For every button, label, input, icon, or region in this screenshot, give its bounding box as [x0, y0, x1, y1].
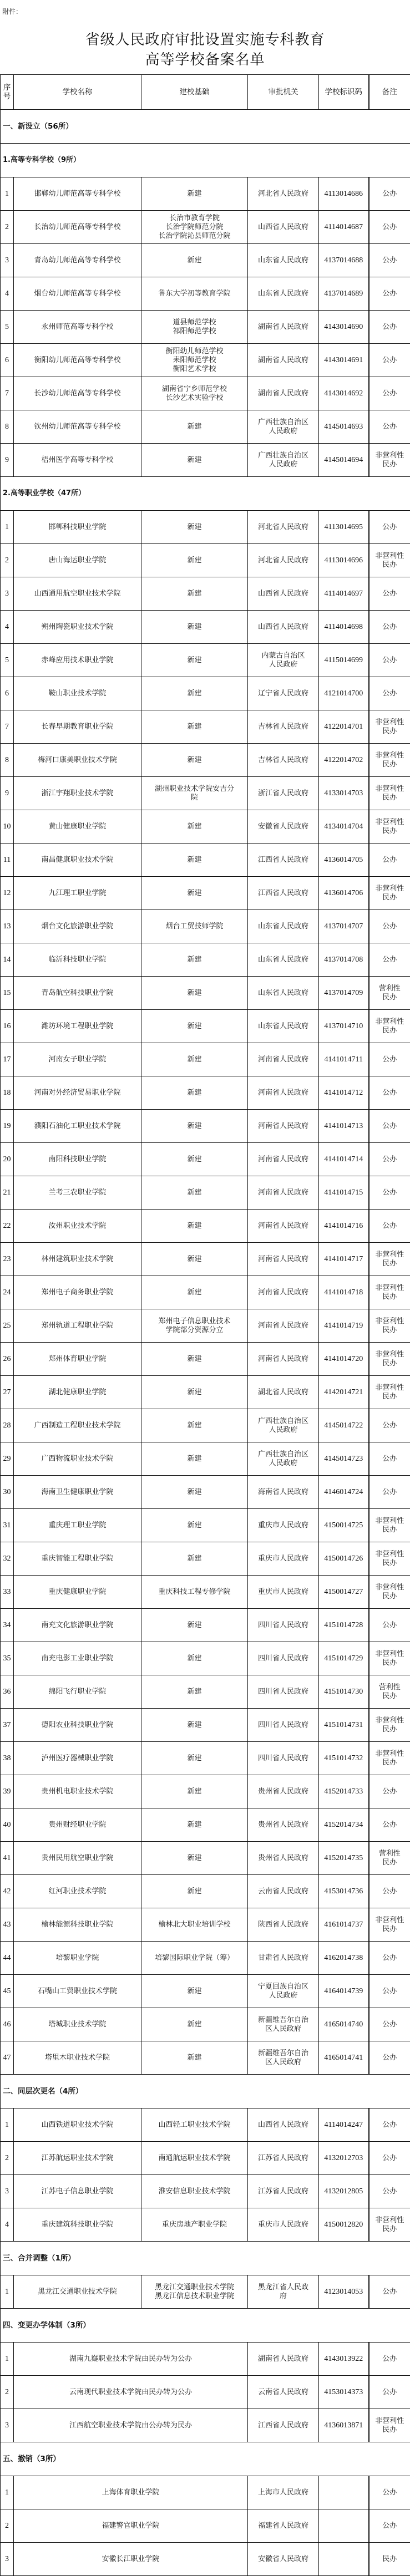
row-remark-line: 公办 — [371, 1421, 409, 1430]
row-basis-line: 新建 — [143, 989, 246, 998]
row-index: 38 — [1, 1742, 14, 1775]
row-authority-line: 人民政府 — [249, 460, 317, 469]
row-basis-line: 衡阳艺术学校 — [143, 365, 246, 374]
row-authority-line: 宁夏回族自治区 — [249, 1983, 317, 1991]
table-row: 3山西通用航空职业技术学院新建山西省人民政府4114014697公办 — [1, 577, 410, 611]
row-remark-line: 非营利性 — [371, 2417, 409, 2426]
row-remark-line: 民办 — [371, 993, 409, 1002]
row-school-name: 梧州医学高等专科学校 — [14, 444, 141, 477]
table-row: 31重庆理工职业学院新建重庆市人民政府4150014725非营利性民办 — [1, 1509, 410, 1542]
row-school-code: 4141014716 — [319, 1210, 369, 1243]
col-header-code: 学校标识码 — [319, 75, 369, 110]
table-row: 20南阳科技职业学院新建河南省人民政府4141014714公办 — [1, 1143, 410, 1176]
row-basis-line: 耒阳师范学校 — [143, 356, 246, 365]
row-school-code: 4121014700 — [319, 677, 369, 710]
row-school-name: 南昌健康职业技术学院 — [14, 844, 141, 877]
row-remark-line: 公办 — [371, 956, 409, 964]
col-header-basis: 建校基础 — [141, 75, 248, 110]
row-authority: 河北省人民政府 — [248, 177, 319, 211]
row-basis-line: 新建 — [143, 656, 246, 665]
row-authority-line: 府 — [249, 2292, 317, 2301]
row-index: 2 — [1, 2376, 14, 2409]
row-basis-line: 湖南省宁乡师范学校 — [143, 385, 246, 394]
row-basis-line: 新建 — [143, 1421, 246, 1430]
row-authority: 河南省人民政府 — [248, 1243, 319, 1276]
row-basis-line: 新建 — [143, 1488, 246, 1497]
row-school-code: 4132012805 — [319, 2175, 369, 2208]
row-basis-line: 新建 — [143, 1188, 246, 1197]
row-basis: 新建 — [141, 644, 248, 677]
row-school-name: 石嘴山工贸职业技术学院 — [14, 1975, 141, 2008]
row-basis-line: 新建 — [143, 1787, 246, 1796]
row-index: 14 — [1, 943, 14, 977]
row-school-name: 红河职业技术学院 — [14, 1875, 141, 1908]
row-index: 17 — [1, 1043, 14, 1076]
row-authority-line: 山西省人民政府 — [249, 2121, 317, 2130]
row-remark: 非营利性民办 — [369, 1542, 410, 1576]
row-school-code: 4123014053 — [319, 2275, 369, 2309]
row-basis-line: 新建 — [143, 523, 246, 532]
school-registry-table: 序号 学校名称 建校基础 审批机关 学校标识码 备注 一、新设立（56所）1.高… — [0, 74, 410, 2576]
row-remark-line: 公办 — [371, 1188, 409, 1197]
table-row: 2江苏航运职业技术学院南通航运职业技术学院江苏省人民政府4132012703公办 — [1, 2142, 410, 2175]
row-school-code: 4137014709 — [319, 977, 369, 1010]
row-school-name: 黄山健康职业学院 — [14, 810, 141, 844]
row-school-code: 4152014734 — [319, 1808, 369, 1842]
row-authority-line: 四川省人民政府 — [249, 1621, 317, 1630]
table-row: 1湖南九嶷职业技术学院由民办转为公办湖南省人民政府4143013922公办 — [1, 2343, 410, 2376]
row-school-name: 郑州电子商务职业学院 — [14, 1276, 141, 1309]
row-authority: 湖南省人民政府 — [248, 311, 319, 344]
table-row: 21兰考三农职业学院新建河南省人民政府4141014715公办 — [1, 1176, 410, 1210]
row-basis-line: 新建 — [143, 1554, 246, 1563]
table-row: 5赤峰应用技术职业学院新建内蒙古自治区人民政府4115014699公办 — [1, 644, 410, 677]
row-index: 29 — [1, 1442, 14, 1476]
row-authority-line: 重庆市人民政府 — [249, 1588, 317, 1597]
row-school-name: 浙江宇翔职业技术学院 — [14, 777, 141, 810]
row-remark: 公办 — [369, 1409, 410, 1442]
row-remark: 非营利性民办 — [369, 1276, 410, 1309]
row-remark: 公办 — [369, 943, 410, 977]
row-index: 9 — [1, 444, 14, 477]
row-authority-line: 河北省人民政府 — [249, 556, 317, 565]
row-index: 33 — [1, 1576, 14, 1609]
row-index: 44 — [1, 1942, 14, 1975]
row-authority-line: 广西壮族自治区 — [249, 1450, 317, 1459]
table-row: 17河南女子职业学院新建河南省人民政府4141014711公办 — [1, 1043, 410, 1076]
row-remark: 公办 — [369, 2509, 410, 2543]
row-remark: 民办 — [369, 2543, 410, 2576]
row-remark: 非营利性民办 — [369, 1576, 410, 1609]
row-authority-line: 河南省人民政府 — [249, 1188, 317, 1197]
table-row: 34南充文化旅游职业学院新建四川省人民政府4151014728公办 — [1, 1609, 410, 1642]
row-school-code: 4143014692 — [319, 377, 369, 410]
row-authority-line: 吉林省人民政府 — [249, 723, 317, 731]
row-remark-line: 公办 — [371, 1155, 409, 1164]
table-row: 32重庆智能工程职业学院新建重庆市人民政府4150014726非营利性民办 — [1, 1542, 410, 1576]
row-remark: 公办 — [369, 2108, 410, 2142]
row-remark-line: 非营利性 — [371, 1284, 409, 1293]
row-authority-line: 内蒙古自治区 — [249, 652, 317, 660]
row-authority-line: 安徽省人民政府 — [249, 822, 317, 831]
row-school-name: 潍坊环境工程职业学院 — [14, 1010, 141, 1043]
table-row: 1黑龙江交通职业技术学院黑龙江交通职业技术学院黑龙江信息技术职业学院黑龙江省人民… — [1, 2275, 410, 2309]
row-remark-line: 公办 — [371, 2054, 409, 2062]
col-header-index: 序号 — [1, 75, 14, 110]
row-remark-line: 非营利性 — [371, 1317, 409, 1326]
row-authority-line: 重庆市人民政府 — [249, 1554, 317, 1563]
row-index: 6 — [1, 344, 14, 377]
table-row: 42红河职业技术学院新建云南省人民政府4153014736公办 — [1, 1875, 410, 1908]
row-authority-line: 河南省人民政府 — [249, 1155, 317, 1164]
table-row: 1邯郸科技职业学院新建河北省人民政府4113014695公办 — [1, 511, 410, 544]
row-authority: 宁夏回族自治区人民政府 — [248, 1975, 319, 2008]
row-index: 3 — [1, 2175, 14, 2208]
row-remark-line: 公办 — [371, 922, 409, 931]
row-authority: 河南省人民政府 — [248, 1210, 319, 1243]
row-school-code: 4141014715 — [319, 1176, 369, 1210]
table-row: 3安徽长江职业学院安徽省人民政府民办 — [1, 2543, 410, 2576]
section-heading: 五、撤销（3所） — [1, 2442, 410, 2476]
row-basis-line: 院 — [143, 794, 246, 802]
row-remark: 公办 — [369, 311, 410, 344]
row-index: 5 — [1, 311, 14, 344]
table-row: 2福建警官职业学院福建省人民政府公办 — [1, 2509, 410, 2543]
col-header-name: 学校名称 — [14, 75, 141, 110]
table-row: 25郑州轨道工程职业学院郑州电子信息职业技术学院部分资源分立河南省人民政府414… — [1, 1309, 410, 1343]
row-authority-line: 四川省人民政府 — [249, 1721, 317, 1730]
row-basis-line: 新建 — [143, 1521, 246, 1530]
row-remark-line: 非营利性 — [371, 718, 409, 727]
row-authority-line: 重庆市人民政府 — [249, 2221, 317, 2229]
row-authority: 福建省人民政府 — [248, 2509, 319, 2543]
row-remark-line: 公办 — [371, 1122, 409, 1131]
row-remark-line: 民办 — [371, 1027, 409, 1035]
row-authority: 四川省人民政府 — [248, 1742, 319, 1775]
row-basis: 重庆房地产职业学院 — [141, 2208, 248, 2242]
row-remark: 公办 — [369, 2175, 410, 2208]
row-basis-line: 培黎国际职业学院（筹） — [143, 1954, 246, 1963]
row-authority-line: 湖南省人民政府 — [249, 2355, 317, 2364]
row-remark: 公办 — [369, 2142, 410, 2175]
row-authority-line: 河南省人民政府 — [249, 1055, 317, 1064]
row-authority-line: 山东省人民政府 — [249, 289, 317, 298]
table-row: 24郑州电子商务职业学院新建河南省人民政府4141014718非营利性民办 — [1, 1276, 410, 1309]
row-school-name: 海南卫生健康职业学院 — [14, 1476, 141, 1509]
row-index: 39 — [1, 1775, 14, 1808]
row-authority-line: 河南省人民政府 — [249, 1222, 317, 1231]
row-remark-line: 民办 — [371, 1925, 409, 1934]
row-authority-line: 人民政府 — [249, 1991, 317, 2000]
row-school-code: 4141014714 — [319, 1143, 369, 1176]
row-basis: 新建 — [141, 1409, 248, 1442]
row-school-name: 永州师范高等专科学校 — [14, 311, 141, 344]
row-index: 4 — [1, 277, 14, 311]
row-basis-line: 新建 — [143, 756, 246, 765]
row-authority-line: 浙江省人民政府 — [249, 789, 317, 798]
row-school-code: 4141014711 — [319, 1043, 369, 1076]
row-school-name: 湖北健康职业学院 — [14, 1376, 141, 1409]
row-remark: 公办 — [369, 1110, 410, 1143]
row-remark: 公办 — [369, 377, 410, 410]
row-remark-line: 公办 — [371, 289, 409, 298]
row-index: 27 — [1, 1376, 14, 1409]
row-school-name: 南充电影工业职业学院 — [14, 1642, 141, 1675]
row-authority-line: 河南省人民政府 — [249, 1089, 317, 1098]
row-school-code: 4133014703 — [319, 777, 369, 810]
row-remark: 公办 — [369, 410, 410, 444]
row-basis: 新建 — [141, 1276, 248, 1309]
row-index: 41 — [1, 1842, 14, 1875]
row-school-name: 赤峰应用技术职业学院 — [14, 644, 141, 677]
row-authority-line: 广西壮族自治区 — [249, 418, 317, 427]
row-remark-line: 民办 — [371, 794, 409, 802]
row-remark-line: 公办 — [371, 2522, 409, 2531]
row-index: 35 — [1, 1642, 14, 1675]
title-line-1: 省级人民政府审批设置实施专科教育 — [0, 30, 410, 50]
row-basis-line: 长治学院师范分院 — [143, 223, 246, 232]
row-basis: 榆林北大职业培训学校 — [141, 1908, 248, 1942]
row-remark-line: 公办 — [371, 2388, 409, 2397]
table-body: 一、新设立（56所）1.高等专科学校（9所）1邯郸幼儿师范高等专科学校新建河北省… — [1, 110, 410, 2576]
row-authority-line: 河南省人民政府 — [249, 1322, 317, 1330]
row-authority-line: 江西省人民政府 — [249, 889, 317, 898]
row-remark-line: 非营利性 — [371, 885, 409, 893]
row-remark-line: 公办 — [371, 223, 409, 232]
row-remark-line: 民办 — [371, 1592, 409, 1601]
row-authority: 山西省人民政府 — [248, 211, 319, 244]
table-row: 14临沂科技职业学院新建山东省人民政府4137014708公办 — [1, 943, 410, 977]
row-basis: 新建 — [141, 577, 248, 611]
row-basis-line: 长治市教育学院 — [143, 214, 246, 223]
row-basis: 新建 — [141, 410, 248, 444]
row-basis: 新建 — [141, 1775, 248, 1808]
row-authority: 四川省人民政府 — [248, 1675, 319, 1709]
table-row: 7长春早期教育职业学院新建吉林省人民政府4122014701非营利性民办 — [1, 710, 410, 744]
table-row: 1上海体育职业学院上海市人民政府公办 — [1, 2476, 410, 2509]
row-authority: 河南省人民政府 — [248, 1143, 319, 1176]
row-authority-line: 湖南省人民政府 — [249, 389, 317, 398]
row-school-name: 重庆智能工程职业学院 — [14, 1542, 141, 1576]
row-authority: 贵州省人民政府 — [248, 1775, 319, 1808]
table-row: 3江苏电子信息职业学院淮安信息职业技术学院江苏省人民政府4132012805公办 — [1, 2175, 410, 2208]
row-basis-line: 新建 — [143, 256, 246, 265]
row-authority: 四川省人民政府 — [248, 1609, 319, 1642]
row-authority-line: 广西壮族自治区 — [249, 451, 317, 460]
row-authority: 河南省人民政府 — [248, 1076, 319, 1110]
subsection-heading: 2.高等职业学校（47所） — [1, 477, 410, 511]
row-authority-line: 云南省人民政府 — [249, 2388, 317, 2397]
row-remark: 非营利性民办 — [369, 1742, 410, 1775]
row-basis-line: 新建 — [143, 1255, 246, 1264]
row-basis: 鲁东大学初等教育学院 — [141, 277, 248, 311]
row-remark: 公办 — [369, 644, 410, 677]
row-authority: 海南省人民政府 — [248, 1476, 319, 1509]
row-remark: 公办 — [369, 1043, 410, 1076]
row-remark: 公办 — [369, 910, 410, 943]
row-remark-line: 非营利性 — [371, 785, 409, 794]
row-school-name: 钦州幼儿师范高等专科学校 — [14, 410, 141, 444]
row-authority-line: 福建省人民政府 — [249, 2522, 317, 2531]
row-school-code: 4150012820 — [319, 2208, 369, 2242]
row-school-code: 4150014726 — [319, 1542, 369, 1576]
row-index: 2 — [1, 211, 14, 244]
row-remark-line: 公办 — [371, 190, 409, 199]
row-index: 1 — [1, 2343, 14, 2376]
row-school-name: 广西物流职业技术学院 — [14, 1442, 141, 1476]
row-remark-line: 公办 — [371, 1222, 409, 1231]
row-basis-line: 新建 — [143, 1222, 246, 1231]
table-row: 22汝州职业技术学院新建河南省人民政府4141014716公办 — [1, 1210, 410, 1243]
row-basis-line: 新建 — [143, 623, 246, 632]
table-row: 13烟台文化旅游职业学院烟台工贸技师学院山东省人民政府4137014707公办 — [1, 910, 410, 943]
table-row: 41贵州民用航空职业学院新建贵州省人民政府4152014735营利性民办 — [1, 1842, 410, 1875]
row-authority-line: 海南省人民政府 — [249, 1488, 317, 1497]
row-basis: 新建 — [141, 1609, 248, 1642]
row-authority-line: 山东省人民政府 — [249, 1022, 317, 1031]
row-school-name: 濮阳石油化工职业技术学院 — [14, 1110, 141, 1143]
row-school-name: 长沙幼儿师范高等专科学校 — [14, 377, 141, 410]
row-basis-line: 新建 — [143, 723, 246, 731]
row-remark: 公办 — [369, 1808, 410, 1842]
row-school-code: 4136014705 — [319, 844, 369, 877]
table-row: 1山西铁道职业技术学院山西轻工职业技术学院山西省人民政府4114014247公办 — [1, 2108, 410, 2142]
row-index: 18 — [1, 1076, 14, 1110]
row-authority: 河南省人民政府 — [248, 1343, 319, 1376]
row-remark-line: 民办 — [371, 1725, 409, 1734]
row-school-code: 4137014708 — [319, 943, 369, 977]
row-authority: 云南省人民政府 — [248, 2376, 319, 2409]
row-authority-line: 上海市人民政府 — [249, 2488, 317, 2497]
row-index: 10 — [1, 810, 14, 844]
row-remark: 公办 — [369, 677, 410, 710]
row-authority: 山东省人民政府 — [248, 910, 319, 943]
row-remark: 公办 — [369, 177, 410, 211]
row-basis-line: 黑龙江交通职业技术学院 — [143, 2283, 246, 2292]
row-remark-line: 非营利性 — [371, 751, 409, 760]
row-school-code: 4165014741 — [319, 2041, 369, 2075]
row-school-code: 4114014687 — [319, 211, 369, 244]
row-basis-line: 重庆科技工程专修学院 — [143, 1588, 246, 1597]
row-authority-line: 河南省人民政府 — [249, 1288, 317, 1297]
row-remark-line: 民办 — [371, 2426, 409, 2435]
row-authority-line: 人民政府 — [249, 660, 317, 669]
row-remark-line: 营利性 — [371, 984, 409, 993]
row-basis: 烟台工贸技师学院 — [141, 910, 248, 943]
row-remark: 非营利性民办 — [369, 1376, 410, 1409]
row-remark: 非营利性民办 — [369, 1343, 410, 1376]
row-authority-line: 湖南省人民政府 — [249, 356, 317, 365]
table-row: 2唐山海运职业学院新建河北省人民政府4113014696非营利性民办 — [1, 544, 410, 577]
row-remark-line: 民办 — [371, 2225, 409, 2234]
row-remark-line: 公办 — [371, 689, 409, 698]
row-remark-line: 公办 — [371, 623, 409, 632]
row-basis: 新建 — [141, 1842, 248, 1875]
row-remark: 公办 — [369, 1942, 410, 1975]
table-row: 11南昌健康职业技术学院新建江西省人民政府4136014705公办 — [1, 844, 410, 877]
subsection-heading-title: 2.高等职业学校（47所） — [1, 477, 410, 511]
row-authority: 四川省人民政府 — [248, 1642, 319, 1675]
row-index: 23 — [1, 1243, 14, 1276]
row-basis-line: 鲁东大学初等教育学院 — [143, 289, 246, 298]
row-school-code: 4122014701 — [319, 710, 369, 744]
row-index: 36 — [1, 1675, 14, 1709]
row-index: 5 — [1, 644, 14, 677]
row-school-code: 4143013922 — [319, 2343, 369, 2376]
row-authority-line: 江西省人民政府 — [249, 856, 317, 865]
row-authority: 贵州省人民政府 — [248, 1808, 319, 1842]
row-remark-line: 非营利性 — [371, 1384, 409, 1393]
row-index: 20 — [1, 1143, 14, 1176]
table-row: 5永州师范高等专科学校道县师范学校祁阳师范学校湖南省人民政府4143014690… — [1, 311, 410, 344]
row-remark: 公办 — [369, 1076, 410, 1110]
table-row: 2云南现代职业技术学院由民办转为公办云南省人民政府4153014373公办 — [1, 2376, 410, 2409]
row-school-code — [319, 2509, 369, 2543]
row-remark-line: 非营利性 — [371, 1018, 409, 1027]
row-school-name: 重庆理工职业学院 — [14, 1509, 141, 1542]
row-school-code: 4114014698 — [319, 611, 369, 644]
row-remark: 非营利性民办 — [369, 810, 410, 844]
row-school-code: 4141014719 — [319, 1309, 369, 1343]
row-remark-line: 营利性 — [371, 1850, 409, 1858]
row-remark-line: 公办 — [371, 2288, 409, 2296]
row-basis: 新建 — [141, 611, 248, 644]
row-school-code: 4134014704 — [319, 810, 369, 844]
table-row: 23林州建筑职业技术学院新建河南省人民政府4141014717非营利性民办 — [1, 1243, 410, 1276]
row-authority: 陕西省人民政府 — [248, 1908, 319, 1942]
row-school-name: 贵州民用航空职业学院 — [14, 1842, 141, 1875]
row-authority-line: 河北省人民政府 — [249, 523, 317, 532]
row-remark-line: 公办 — [371, 1488, 409, 1497]
row-school-name: 鞍山职业技术学院 — [14, 677, 141, 710]
row-index: 1 — [1, 2476, 14, 2509]
row-remark: 公办 — [369, 844, 410, 877]
row-authority: 新疆维吾尔自治区人民政府 — [248, 2041, 319, 2075]
row-basis: 新建 — [141, 177, 248, 211]
row-basis: 南通航运职业技术学院 — [141, 2142, 248, 2175]
row-basis: 淮安信息职业技术学院 — [141, 2175, 248, 2208]
row-remark-line: 公办 — [371, 389, 409, 398]
row-authority: 重庆市人民政府 — [248, 1509, 319, 1542]
table-row: 46塔城职业技术学院新建新疆维吾尔自治区人民政府4165014740公办 — [1, 2008, 410, 2041]
row-basis-line: 新建 — [143, 1288, 246, 1297]
row-school-code: 4142014721 — [319, 1376, 369, 1409]
row-remark: 公办 — [369, 577, 410, 611]
row-remark-line: 民办 — [371, 1559, 409, 1568]
row-basis: 新建 — [141, 2041, 248, 2075]
row-authority: 四川省人民政府 — [248, 1709, 319, 1742]
row-school-code: 4141014712 — [319, 1076, 369, 1110]
row-index: 2 — [1, 2509, 14, 2543]
table-row: 36绵阳飞行职业学院新建四川省人民政府4151014730营利性民办 — [1, 1675, 410, 1709]
row-authority: 广西壮族自治区人民政府 — [248, 1442, 319, 1476]
row-authority-line: 江西省人民政府 — [249, 2421, 317, 2430]
row-authority: 湖南省人民政府 — [248, 377, 319, 410]
row-school-name: 临沂科技职业学院 — [14, 943, 141, 977]
row-authority: 浙江省人民政府 — [248, 777, 319, 810]
row-basis-line: 新建 — [143, 856, 246, 865]
row-basis-line: 道县师范学校 — [143, 318, 246, 327]
row-remark: 非营利性民办 — [369, 444, 410, 477]
row-basis-line: 郑州电子信息职业技术 — [143, 1317, 246, 1326]
row-remark-line: 公办 — [371, 1887, 409, 1896]
row-basis: 新建 — [141, 1875, 248, 1908]
row-school-name: 山西铁道职业技术学院 — [14, 2108, 141, 2142]
row-remark-line: 非营利性 — [371, 1750, 409, 1759]
row-authority: 吉林省人民政府 — [248, 744, 319, 777]
row-school-name: 绵阳飞行职业学院 — [14, 1675, 141, 1709]
row-school-name: 江西航空职业技术学院由公办转为民办 — [14, 2409, 248, 2442]
